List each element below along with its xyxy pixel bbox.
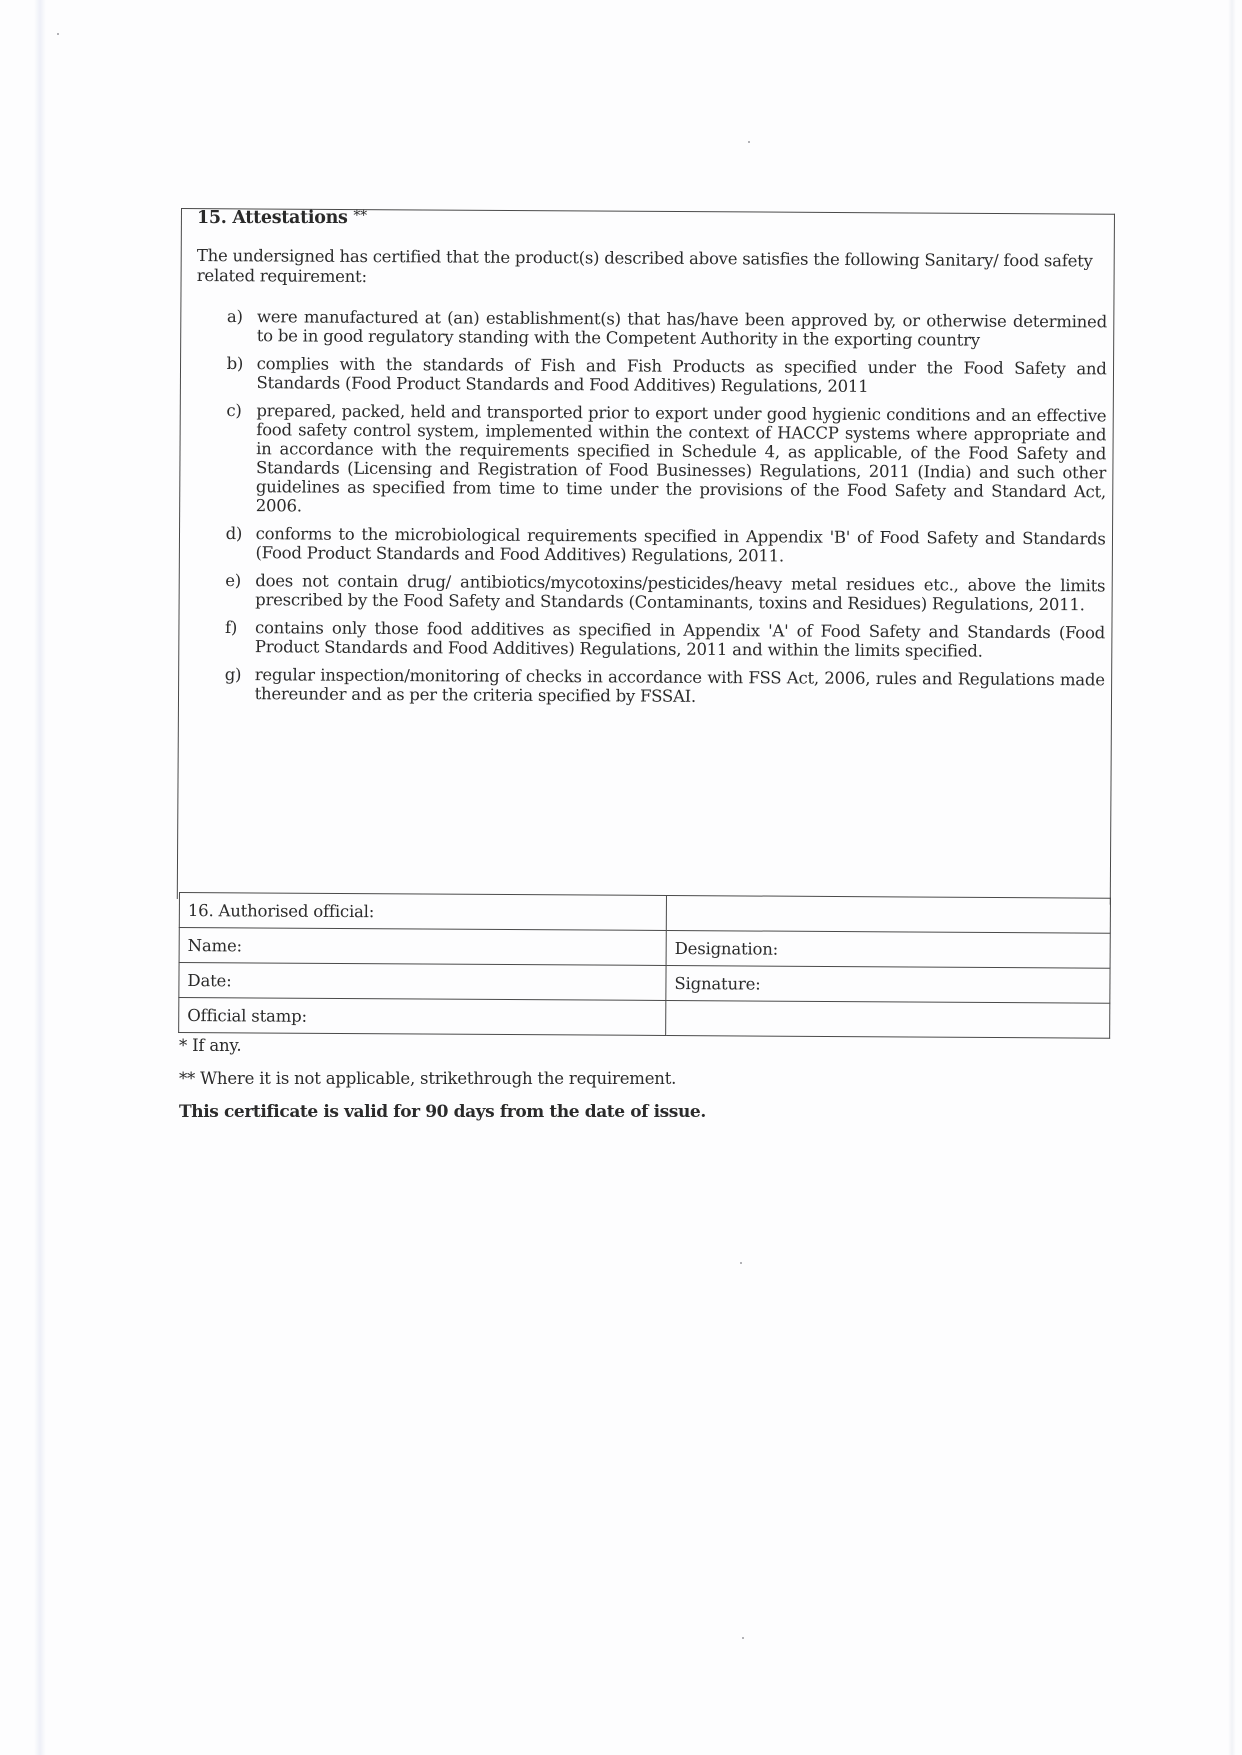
heading-marker: ** — [353, 208, 366, 224]
attestations-intro: The undersigned has certified that the p… — [197, 246, 1107, 292]
requirement-letter: c) — [226, 401, 257, 515]
date-field[interactable]: Date: — [179, 963, 666, 1001]
official-stamp-field[interactable] — [666, 1000, 1110, 1038]
requirement-item: d)conforms to the microbiological requir… — [225, 524, 1105, 567]
scan-speck — [742, 1637, 744, 1639]
table-row: Official stamp: — [179, 998, 1110, 1039]
requirement-letter: e) — [225, 571, 255, 609]
requirement-item: b)complies with the standards of Fish an… — [226, 354, 1106, 397]
requirement-item: g)regular inspection/monitoring of check… — [225, 665, 1105, 708]
requirement-text: regular inspection/monitoring of checks … — [255, 665, 1105, 708]
official-stamp-label: Official stamp: — [179, 998, 666, 1036]
name-field[interactable]: Name: — [179, 928, 666, 966]
requirement-item: a)were manufactured at (an) establishmen… — [227, 307, 1107, 350]
requirement-letter: f) — [225, 618, 255, 656]
requirement-item: e)does not contain drug/ antibiotics/myc… — [225, 571, 1105, 614]
scan-edge-left — [34, 0, 46, 1755]
authorised-official-table: 16. Authorised official: Name: Designati… — [178, 892, 1111, 1039]
requirement-text: complies with the standards of Fish and … — [256, 354, 1106, 397]
requirements-list: a)were manufactured at (an) establishmen… — [225, 307, 1107, 717]
scan-edge-right — [1228, 0, 1236, 1755]
scan-speck — [57, 33, 59, 35]
designation-field[interactable]: Designation: — [666, 930, 1110, 968]
authorised-official-label: 16. Authorised official: — [179, 893, 666, 931]
table-row: Name: Designation: — [179, 928, 1110, 969]
requirement-text: does not contain drug/ antibiotics/mycot… — [255, 571, 1105, 614]
validity-notice: This certificate is valid for 90 days fr… — [179, 1102, 706, 1122]
requirement-item: f)contains only those food additives as … — [225, 618, 1105, 661]
requirement-text: conforms to the microbiological requirem… — [255, 524, 1105, 567]
requirement-item: c)prepared, packed, held and transported… — [226, 401, 1107, 520]
requirement-letter: a) — [227, 307, 257, 345]
table-row: 16. Authorised official: — [179, 893, 1110, 934]
footnote-strikethrough: ** Where it is not applicable, strikethr… — [179, 1069, 706, 1088]
requirement-text: were manufactured at (an) establishment(… — [257, 307, 1107, 350]
requirement-letter: g) — [225, 665, 255, 703]
footnote-if-any: * If any. — [179, 1036, 706, 1055]
requirement-text: prepared, packed, held and transported p… — [256, 401, 1107, 520]
signature-field[interactable]: Signature: — [666, 965, 1110, 1003]
requirement-text: contains only those food additives as sp… — [255, 618, 1105, 661]
attestations-heading: 15. Attestations ** — [197, 208, 367, 228]
scan-speck — [740, 1262, 742, 1264]
authorised-official-field[interactable] — [666, 895, 1110, 933]
heading-text: 15. Attestations — [197, 208, 348, 228]
table-row: Date: Signature: — [179, 963, 1110, 1004]
footnotes: * If any. ** Where it is not applicable,… — [179, 1036, 706, 1136]
requirement-letter: d) — [225, 524, 255, 562]
requirement-letter: b) — [226, 354, 256, 392]
scan-speck — [748, 141, 750, 143]
